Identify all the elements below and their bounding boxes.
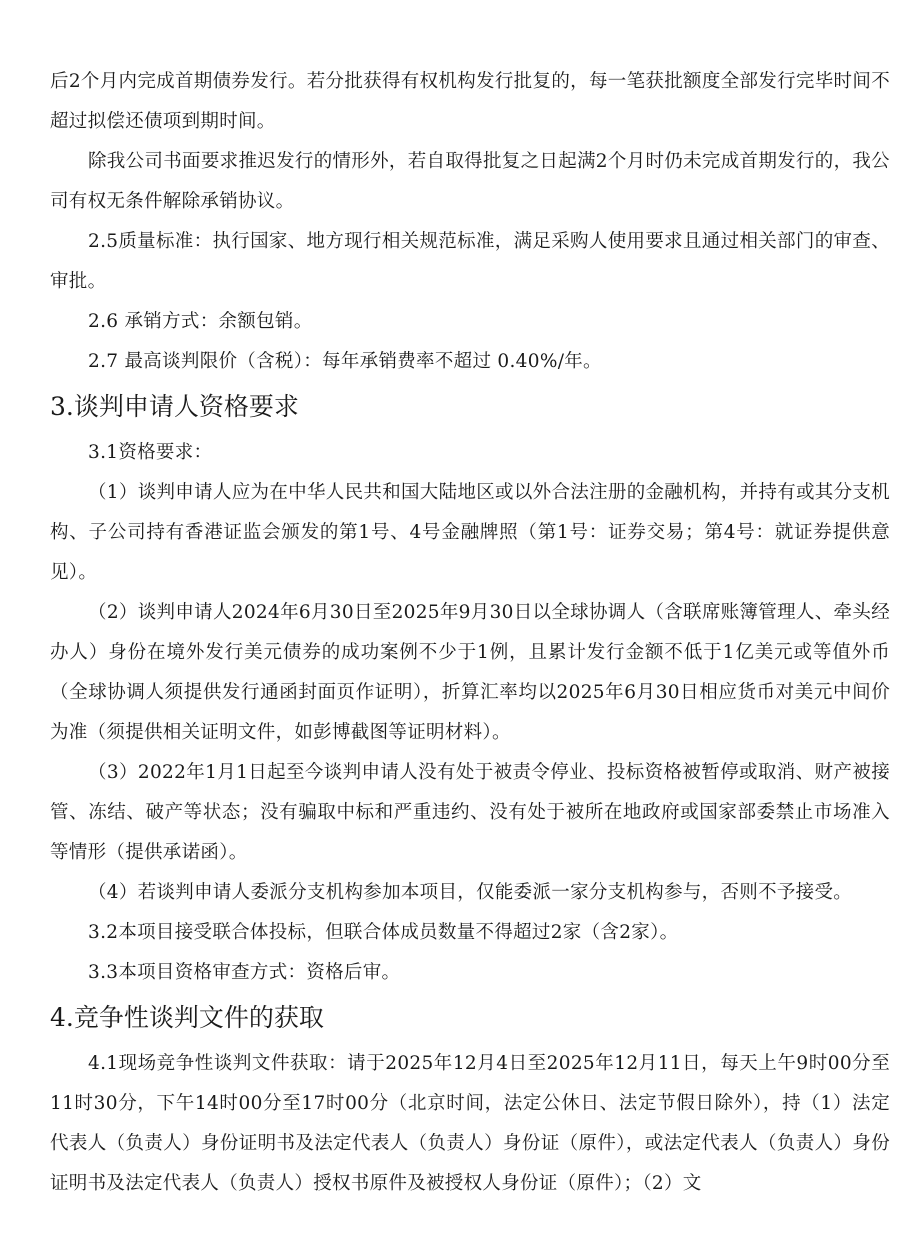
paragraph-termination-right: 除我公司书面要求推迟发行的情形外，若自取得批复之日起满2个月时仍未完成首期发行的…	[50, 142, 890, 222]
paragraph-3-1-item-2: （2）谈判申请人2024年6月30日至2025年9月30日以全球协调人（含联席账…	[50, 593, 890, 753]
paragraph-3-3-review-method: 3.3本项目资格审查方式：资格后审。	[50, 953, 890, 993]
paragraph-4-1-document-acquisition: 4.1现场竞争性谈判文件获取：请于2025年12月4日至2025年12月11日，…	[50, 1044, 890, 1204]
heading-section-3: 3.谈判申请人资格要求	[50, 393, 890, 421]
paragraph-3-2-consortium: 3.2本项目接受联合体投标，但联合体成员数量不得超过2家（含2家）。	[50, 913, 890, 953]
paragraph-2-6-underwriting-method: 2.6 承销方式：余额包销。	[50, 302, 890, 342]
paragraph-3-1-item-1: （1）谈判申请人应为在中华人民共和国大陆地区或以外合法注册的金融机构，并持有或其…	[50, 473, 890, 593]
paragraph-3-1-item-4: （4）若谈判申请人委派分支机构参加本项目，仅能委派一家分支机构参与，否则不予接受…	[50, 873, 890, 913]
paragraph-3-1-qualifications: 3.1资格要求：	[50, 433, 890, 473]
document-body: 后2个月内完成首期债券发行。若分批获得有权机构发行批复的，每一笔获批额度全部发行…	[50, 62, 890, 1204]
paragraph-issuance-deadline: 后2个月内完成首期债券发行。若分批获得有权机构发行批复的，每一笔获批额度全部发行…	[50, 62, 890, 142]
paragraph-2-5-quality-standard: 2.5质量标准：执行国家、地方现行相关规范标准，满足采购人使用要求且通过相关部门…	[50, 222, 890, 302]
paragraph-3-1-item-3: （3）2022年1月1日起至今谈判申请人没有处于被责令停业、投标资格被暂停或取消…	[50, 753, 890, 873]
heading-section-4: 4.竞争性谈判文件的获取	[50, 1004, 890, 1032]
paragraph-2-7-max-price: 2.7 最高谈判限价（含税）：每年承销费率不超过 0.40%/年。	[50, 342, 890, 382]
